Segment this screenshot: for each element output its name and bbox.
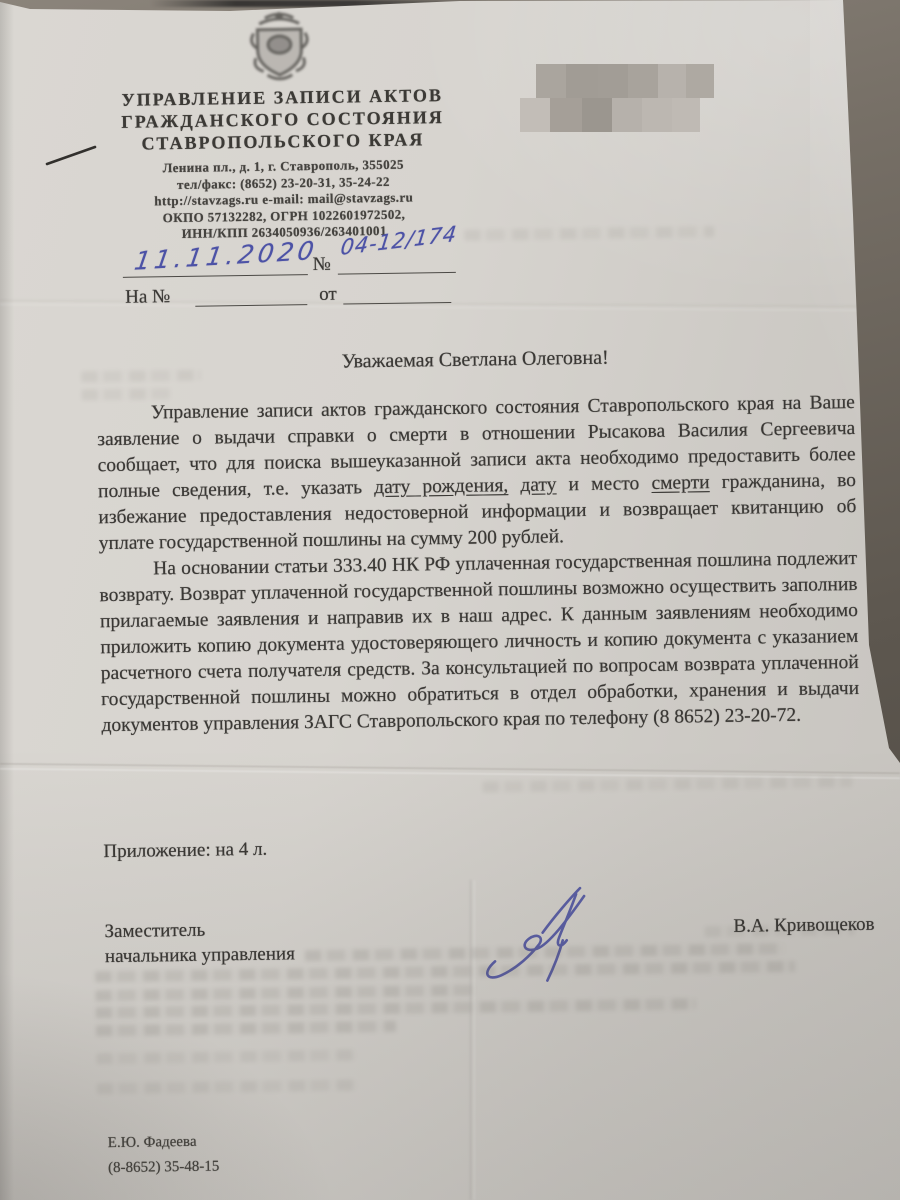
p1-text: Управление записи актов гражданского сос… (97, 392, 856, 502)
bleed-through-text (305, 943, 785, 961)
mosaic-cell (582, 98, 612, 132)
mosaic-cell (550, 98, 582, 132)
contact-line-web-email: http://stavzags.ru e-mail: mail@stavzags… (104, 189, 464, 211)
redaction-mosaic (520, 64, 720, 130)
bleed-through-text (81, 370, 201, 383)
attachment-note: Приложение: на 4 л. (103, 839, 267, 863)
reply-ot-label: от (319, 284, 337, 306)
contact-line-okpo-ogrn: ОКПО 57132282, ОГРН 1022601972502, (104, 205, 464, 227)
mosaic-cell (672, 98, 700, 132)
bleed-through-text (464, 226, 714, 241)
bleed-through-text (705, 924, 855, 937)
mosaic-cell (520, 98, 550, 132)
letter-content: УПРАВЛЕНИЕ ЗАПИСИ АКТОВ ГРАЖДАНСКОГО СОС… (0, 0, 900, 1200)
handwritten-number: 04-12/174 (339, 221, 458, 260)
org-name-line: СТАВРОПОЛЬСКОГО КРАЯ (103, 128, 463, 155)
mosaic-cell (566, 64, 598, 98)
fold-crease-vertical (470, 880, 475, 1200)
bleed-through-text (96, 998, 696, 1018)
bleed-through-text (96, 1021, 396, 1036)
reply-date-underline (343, 302, 451, 305)
letter-paper: УПРАВЛЕНИЕ ЗАПИСИ АКТОВ ГРАЖДАНСКОГО СОС… (0, 0, 900, 1200)
mosaic-cell (642, 98, 672, 132)
executor-block: Е.Ю. Фадеева (8-8652) 35-48-15 (108, 1129, 220, 1181)
paper-left-shadow (0, 0, 14, 1200)
signer-position: Заместитель начальника управления (104, 916, 295, 969)
mosaic-cell (628, 64, 658, 98)
executor-name: Е.Ю. Фадеева (108, 1129, 220, 1156)
pen-mark (45, 143, 99, 167)
mosaic-cell (686, 64, 714, 98)
p1-underlined-death: смерти (651, 472, 709, 494)
letter-body: Управление записи актов гражданского сос… (97, 390, 860, 739)
letterhead-contacts: Ленина пл., д. 1, г. Ставрополь, 355025 … (103, 156, 464, 244)
signer-name: В.А. Кривощеков (644, 914, 874, 939)
org-name-line: ГРАЖДАНСКОГО СОСТОЯНИЯ (102, 106, 462, 133)
handwritten-date: 11.11.2020 (132, 236, 319, 276)
paragraph-2: На основании статьи 333.40 НК РФ уплачен… (99, 546, 860, 739)
signer-position-line1: Заместитель (104, 916, 294, 944)
bleed-through-text (95, 985, 475, 1002)
bleed-through-text (97, 1079, 357, 1094)
p1-text (508, 475, 520, 496)
mosaic-cell (612, 98, 642, 132)
reply-reference-row: На № от (123, 281, 483, 314)
contact-line-address: Ленина пл., д. 1, г. Ставрополь, 355025 (103, 156, 463, 178)
p1-text: гражданина, во избежание предоставления … (98, 470, 856, 554)
p1-underlined-birthdate: дату рождения, (374, 475, 508, 498)
reference-row: 11.11.2020 № 04-12/174 (122, 235, 483, 288)
p1-text: и место (556, 473, 651, 495)
date-underline (123, 274, 308, 278)
signer-position-line2: начальника управления (105, 941, 295, 969)
org-name-line: УПРАВЛЕНИЕ ЗАПИСИ АКТОВ (102, 84, 462, 111)
reply-na-label: На № (125, 286, 170, 309)
signature-scribble (472, 873, 629, 985)
mosaic-cell (598, 64, 628, 98)
mosaic-cell (536, 64, 566, 98)
bleed-through-text (95, 961, 795, 982)
coat-of-arms-icon (245, 8, 314, 85)
paper-right-highlight (810, 0, 900, 780)
fold-crease-lower (0, 763, 900, 778)
executor-phone: (8-8652) 35-48-15 (108, 1154, 220, 1181)
bleed-through-text (482, 776, 852, 792)
bleed-through-text (96, 1049, 356, 1064)
contact-line-phone: тел/факс: (8652) 23-20-31, 35-24-22 (103, 172, 463, 194)
p1-underlined-date: дату (520, 474, 556, 496)
reply-number-underline (195, 304, 307, 307)
photo-of-letter: УПРАВЛЕНИЕ ЗАПИСИ АКТОВ ГРАЖДАНСКОГО СОС… (0, 0, 900, 1200)
contact-line-inn-kpp: ИНН/КПП 2634050936/263401001 (104, 222, 464, 244)
number-underline (338, 272, 456, 275)
bleed-through-text (82, 388, 172, 400)
mosaic-cell (658, 64, 686, 98)
fold-crease-upper (0, 300, 900, 311)
salutation: Уважаемая Светлана Олеговна! (96, 343, 854, 377)
number-sign-label: № (313, 254, 331, 276)
letterhead-org-name: УПРАВЛЕНИЕ ЗАПИСИ АКТОВ ГРАЖДАНСКОГО СОС… (102, 84, 463, 155)
paragraph-1: Управление записи актов гражданского сос… (97, 390, 857, 557)
